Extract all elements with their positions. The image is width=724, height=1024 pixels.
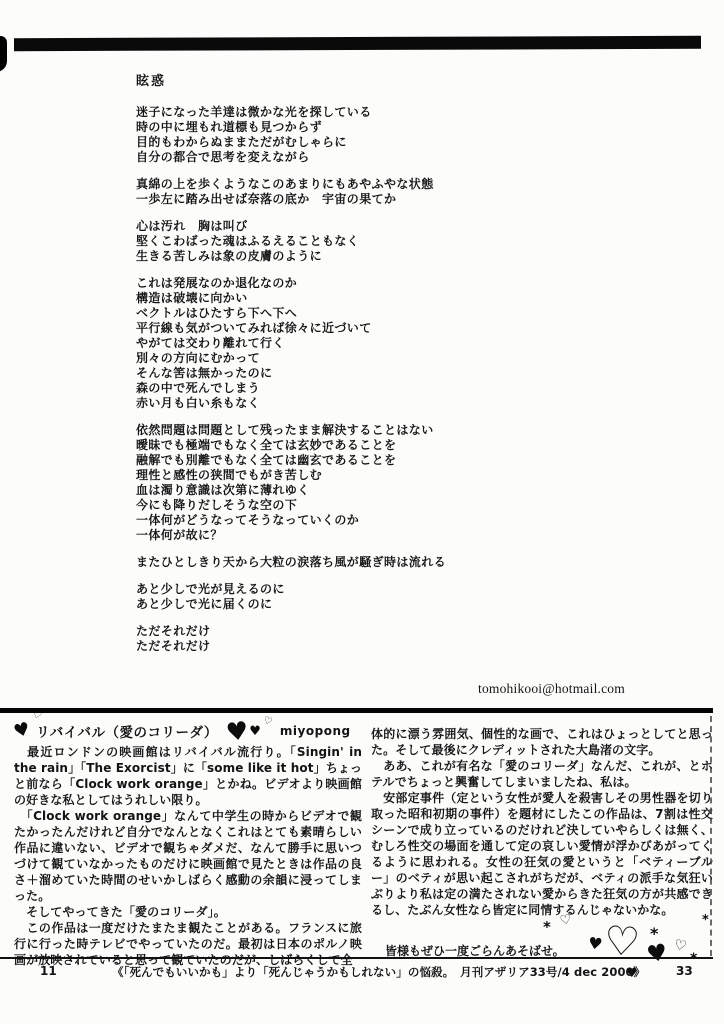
poem-line: [136, 570, 556, 582]
sparkle-icon: *: [702, 914, 709, 927]
poem-line: 時の中に埋もれ道標も見つからず: [136, 120, 556, 135]
article-right-column: 体的に漂う雰囲気、個性的な画で、これはひょっとしてと思った。そして最後にクレディ…: [371, 726, 713, 959]
heart-icon: ♥: [587, 935, 603, 953]
poem-line: 今にも降りだしそうな空の下: [136, 498, 556, 513]
article-left-column: ♥ ♡ リバイバル（愛のコリーダ） ♥ ♥ ♡ miyopong 最近ロンドンの…: [14, 720, 362, 968]
article-title: リバイバル（愛のコリーダ）: [36, 721, 218, 741]
poem-line: 一体何が故に？: [136, 528, 556, 543]
article-closing: 皆様もぜひ一度ごらんあそばせ。: [385, 944, 565, 958]
poem-line: 生きる苦しみは象の皮膚のように: [136, 249, 556, 264]
poem-line: [136, 165, 556, 177]
heart-icon: ♥: [224, 717, 249, 745]
poem-line: ベクトルはひたすら下へ下へ: [136, 306, 556, 321]
sparkle-icon: *: [543, 920, 551, 935]
poem-line: 別々の方向にむかって: [136, 351, 556, 366]
scan-artifact-blob: [0, 36, 7, 72]
poem-line: 真綿の上を歩くようなこのあまりにもあやふやな状態: [136, 177, 556, 192]
article-paragraph: この作品は一度だけたまたま観たことがある。フランスに旅行に行った時テレビでやって…: [14, 920, 362, 968]
poem-line: そんな筈は無かったのに: [136, 366, 556, 381]
article-paragraph: ああ、これが有名な「愛のコリーダ」なんだ、これが、とホテルでちょっと興奮してしま…: [371, 758, 713, 790]
poem-line: [136, 543, 556, 555]
article-paragraph: 「Clock work orange」なんて中学生の時からビデオで観たかったんだ…: [14, 808, 362, 904]
article-paragraph: 体的に漂う雰囲気、個性的な画で、これはひょっとしてと思った。そして最後にクレディ…: [371, 726, 713, 758]
article-header: ♥ ♡ リバイバル（愛のコリーダ） ♥ ♥ ♡ miyopong: [14, 720, 362, 742]
poem-line: 目的もわからぬままただがむしゃらに: [136, 135, 556, 150]
poem-line: 一歩左に踏み出せば奈落の底か 宇宙の果てか: [136, 192, 556, 207]
poem-title: 眩惑: [136, 70, 556, 89]
top-divider-bar: [14, 36, 701, 51]
heart-outline-icon: ♡: [559, 913, 573, 928]
poem-line: [136, 411, 556, 423]
poem-line: [136, 612, 556, 624]
poem-body: 迷子になった羊達は微かな光を探している時の中に埋もれ道標も見つからず目的もわから…: [136, 105, 556, 654]
heart-icon: ♥: [249, 725, 261, 738]
footer-divider-bar: [0, 957, 713, 959]
article-paragraph: そしてやってきた「愛のコリーダ」。: [14, 904, 362, 920]
poem-line: 自分の都合で思考を変えながら: [136, 150, 556, 165]
article-paragraph: 安部定事件（定という女性が愛人を殺害しその男性器を切り取った昭和初期の事件）を題…: [371, 790, 713, 918]
page-number-left: 11: [40, 964, 57, 978]
poem-line: あと少しで光に届くのに: [136, 597, 556, 612]
poem-line: 曖昧でも極端でもなく全ては玄妙であることを: [136, 438, 556, 453]
author-name: miyopong: [280, 724, 351, 738]
poem-line: 理性と感性の狭間でもがき苦しむ: [136, 468, 556, 483]
poem-line: 融解でも別離でもなく全ては幽玄であることを: [136, 453, 556, 468]
poem-line: [136, 207, 556, 219]
poem-line: 平行線も気がついてみれば徐々に近づいて: [136, 321, 556, 336]
page-number-right: 33: [676, 964, 693, 978]
poem-line: 依然問題は問題として残ったまま解決することはない: [136, 423, 556, 438]
footer-caption: 《「死んでもいいかも」より「死んじゃうかもしれない」の悩殺。 月刊アザリア33号…: [112, 964, 645, 980]
poem-line: これは発展なのか退化なのか: [136, 276, 556, 291]
poem-line: 迷子になった羊達は微かな光を探している: [136, 105, 556, 120]
poem-line: ただそれだけ: [136, 639, 556, 654]
article-paragraph: 最近ロンドンの映画館はリバイバル流行り。「Singin' in the rain…: [14, 744, 362, 808]
poem-line: [136, 264, 556, 276]
poem-line: やがては交わり離れて行く: [136, 336, 556, 351]
scanned-zine-page: 眩惑 迷子になった羊達は微かな光を探している時の中に埋もれ道標も見つからず目的も…: [0, 0, 724, 1024]
sparkle-icon: *: [650, 926, 658, 942]
poem-line: またひとしきり天から大粒の涙落ち風が騒ぎ時は流れる: [136, 555, 556, 570]
section-divider-bar: [0, 708, 713, 713]
page-footer: 11 《「死んでもいいかも」より「死んじゃうかもしれない」の悩殺。 月刊アザリア…: [0, 962, 713, 986]
article-right-paragraphs: 体的に漂う雰囲気、個性的な画で、これはひょっとしてと思った。そして最後にクレディ…: [371, 726, 713, 918]
poem-line: あと少しで光が見えるのに: [136, 582, 556, 597]
poem-line: 血は濁り意識は次第に薄れゆく: [136, 483, 556, 498]
poem-line: 構造は破壊に向かい: [136, 291, 556, 306]
article-left-paragraphs: 最近ロンドンの映画館はリバイバル流行り。「Singin' in the rain…: [14, 744, 362, 968]
article-section: ♥ ♡ リバイバル（愛のコリーダ） ♥ ♥ ♡ miyopong 最近ロンドンの…: [14, 720, 713, 958]
poem-line: 心は汚れ 胸は叫び: [136, 219, 556, 234]
poem-line: 一体何がどうなってそうなっていくのか: [136, 513, 556, 528]
poem-line: ただそれだけ: [136, 624, 556, 639]
poem-line: 森の中で死んでしまう: [136, 381, 556, 396]
poem-section: 眩惑 迷子になった羊達は微かな光を探している時の中に埋もれ道標も見つからず目的も…: [136, 70, 556, 654]
heart-outline-icon: ♡: [262, 716, 274, 728]
contact-email: tomohikooi@hotmail.com: [478, 681, 625, 697]
scan-artifact-dashed-line: [710, 716, 712, 956]
poem-line: 堅くこわばった魂はふるえることもなく: [136, 234, 556, 249]
heart-icon: ♥: [12, 720, 32, 742]
poem-line: 赤い月も白い糸もなく: [136, 396, 556, 411]
